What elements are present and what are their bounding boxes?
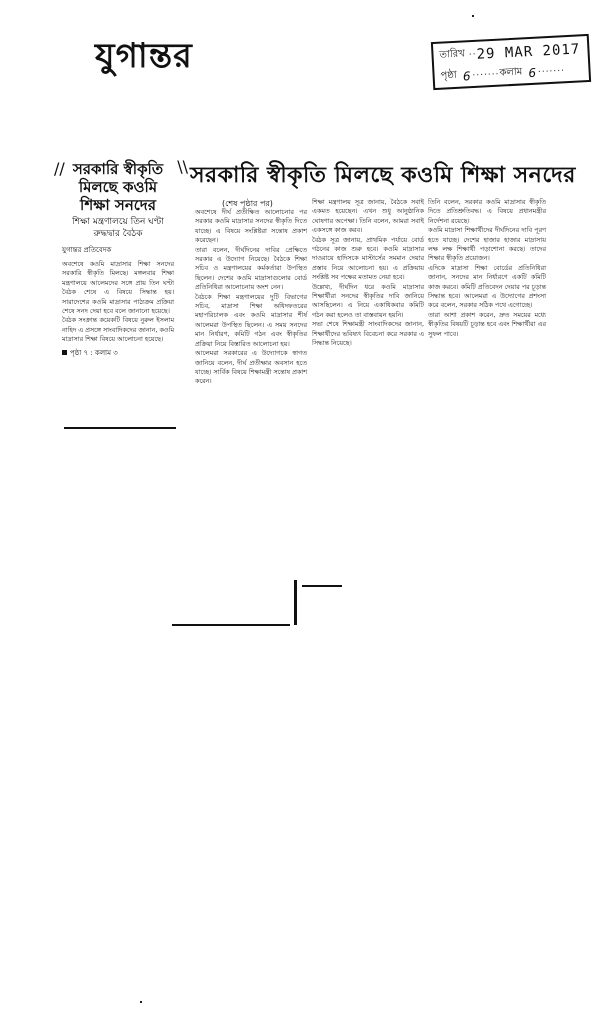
column-divider — [294, 580, 297, 625]
sidebar-headline-line: শিক্ষা সনদের — [62, 196, 174, 214]
sidebar-story: // সরকারি স্বীকৃতি \\ মিলছে কওমি শিক্ষা … — [62, 160, 174, 359]
paragraph: তারা বলেন, দীর্ঘদিনের দাবির প্রেক্ষিতে স… — [195, 246, 307, 293]
stamp-dots: ······· — [538, 66, 566, 77]
stamp-date-value: 29 MAR 2017 — [476, 41, 580, 62]
masthead-logo: যুগান্তর — [95, 30, 193, 87]
scan-speck — [140, 1001, 142, 1003]
sidebar-headline-line: সরকারি স্বীকৃতি — [62, 160, 174, 178]
stamp-column-label: কলাম — [499, 64, 523, 82]
paragraph: সভা শেষে শিক্ষামন্ত্রী সাংবাদিকদের জানান… — [312, 320, 424, 348]
jump-text: পৃষ্ঠা ৭ : কলাম ৩ — [70, 349, 118, 357]
article-column-3: তিনি বলেন, সরকার কওমি মাদ্রাসার স্বীকৃতি… — [428, 198, 546, 339]
sidebar-subheadline-line: শিক্ষা মন্ত্রণালয়ে তিন ঘণ্টা — [62, 216, 174, 228]
square-bullet-icon — [62, 350, 67, 355]
paragraph: শিক্ষা মন্ত্রণালয় সূত্র জানায়, বৈঠকে স… — [312, 198, 424, 236]
stamp-date-label: তারিখ — [439, 46, 465, 64]
slash-mark-icon: \\ — [177, 158, 188, 176]
paragraph: বৈঠক সূত্র জানায়, প্রাথমিক পর্যায়ে বোর… — [312, 236, 424, 283]
slash-mark-icon: // — [54, 160, 65, 178]
jump-line: পৃষ্ঠা ৭ : কলাম ৩ — [62, 347, 174, 359]
paragraph: উল্লেখ্য, দীর্ঘদিন ধরে কওমি মাদ্রাসার শি… — [312, 283, 424, 321]
stamp-dots: ······· — [472, 69, 500, 80]
article-headline: সরকারি স্বীকৃতি মিলছে কওমি শিক্ষা সনদের — [190, 158, 576, 195]
sidebar-subheadline: শিক্ষা মন্ত্রণালয়ে তিন ঘণ্টা রুদ্ধদ্বার… — [62, 216, 174, 240]
paragraph: কওমি মাদ্রাসা শিক্ষার্থীদের দীর্ঘদিনের দ… — [428, 226, 546, 264]
paragraph: আলেমরা সরকারের এ উদ্যোগকে স্বাগত জানিয়ে… — [195, 349, 307, 387]
sidebar-headline-line: মিলছে কওমি — [62, 178, 174, 196]
paragraph: বৈঠকে শিক্ষা মন্ত্রণালয়ের দুটি বিভাগের … — [195, 293, 307, 349]
scan-speck — [472, 15, 474, 17]
byline: যুগান্তর প্রতিবেদক — [62, 244, 174, 256]
sidebar-body: অবশেষে কওমি মাদ্রাসার শিক্ষা সনদের সরকার… — [62, 260, 174, 345]
paragraph: তিনি বলেন, সরকার কওমি মাদ্রাসার স্বীকৃতি… — [428, 198, 546, 226]
paragraph: অবশেষে দীর্ঘ প্রতীক্ষিত আলোচনার পর সরকার… — [195, 208, 307, 246]
stamp-column-value: 6 — [528, 65, 536, 79]
stamp-page-label: পৃষ্ঠা — [440, 68, 457, 86]
article-column-1: অবশেষে দীর্ঘ প্রতীক্ষিত আলোচনার পর সরকার… — [195, 208, 307, 387]
date-stamp: তারিখ ·· 29 MAR 2017 পৃষ্ঠা 6 ······· কল… — [431, 34, 591, 90]
paragraph: বৈঠক সংক্রান্ত কয়েকটি বিষয়ে নুরুল ইসলা… — [62, 316, 174, 344]
article-column-2: শিক্ষা মন্ত্রণালয় সূত্র জানায়, বৈঠকে স… — [312, 198, 424, 349]
sidebar-headline: // সরকারি স্বীকৃতি \\ মিলছে কওমি শিক্ষা … — [62, 160, 174, 214]
paragraph: তারা আশা প্রকাশ করেন, দ্রুত সময়ের মধ্যে… — [428, 311, 546, 339]
stamp-page-value: 6 — [463, 69, 471, 83]
sidebar-subheadline-line: রুদ্ধদ্বার বৈঠক — [62, 228, 174, 240]
sidebar-bottom-rule — [64, 427, 176, 429]
paragraph: অবশেষে কওমি মাদ্রাসার শিক্ষা সনদের সরকার… — [62, 260, 174, 316]
column-bottom-rule — [302, 585, 342, 587]
column-bottom-rule — [172, 624, 290, 626]
paragraph: এদিকে মাদ্রাসা শিক্ষা বোর্ডের প্রতিনিধির… — [428, 264, 546, 311]
